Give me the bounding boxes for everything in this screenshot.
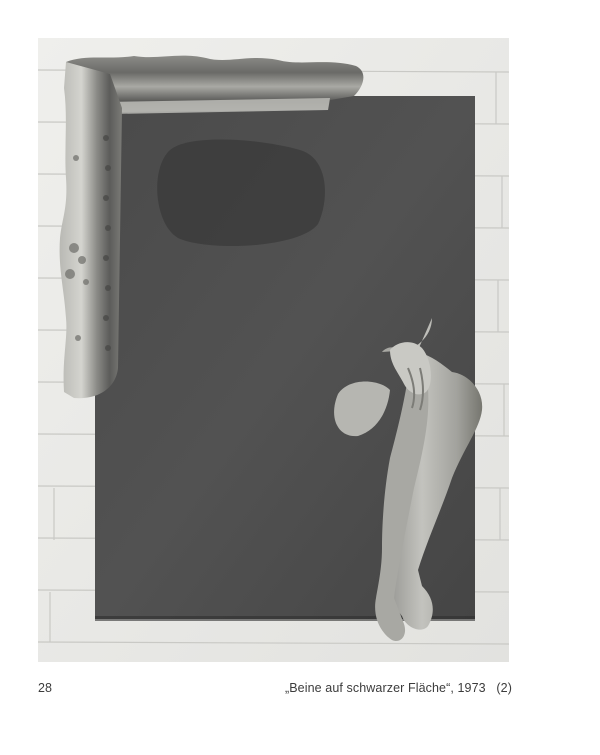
page-footer: 28 „Beine auf schwarzer Fläche“, 1973 (2… — [38, 681, 512, 699]
artwork-photograph — [38, 38, 509, 662]
oval-patch — [157, 139, 325, 246]
figure-caption: „Beine auf schwarzer Fläche“, 1973 (2) — [285, 681, 512, 695]
figure-reference: (2) — [496, 681, 512, 695]
frame-left-bar — [60, 62, 122, 398]
page-number: 28 — [38, 681, 52, 695]
caption-title: „Beine auf schwarzer Fläche“, 1973 — [285, 681, 486, 695]
